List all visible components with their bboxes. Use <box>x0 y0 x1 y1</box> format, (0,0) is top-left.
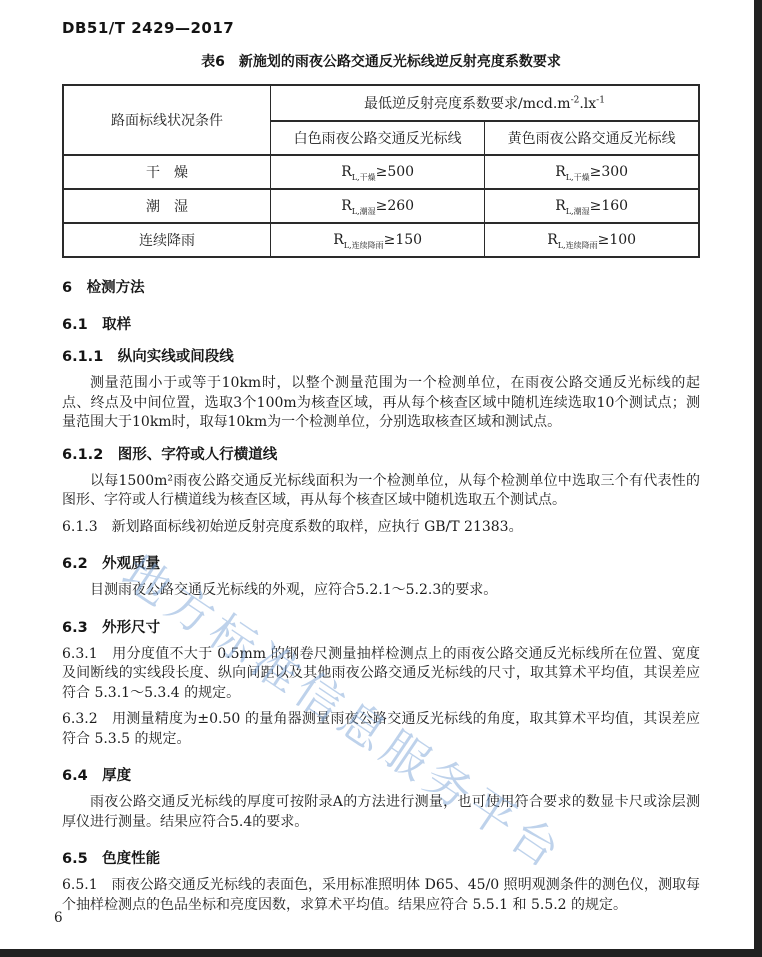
page-number: 6 <box>54 910 63 926</box>
table-row: 连续降雨RL,连续降雨≥150RL,连续降雨≥100 <box>63 223 699 257</box>
clause-paragraph: 6.5.1 雨夜公路交通反光标线的表面色，采用标准照明体 D65、45/0 照明… <box>62 876 700 915</box>
standard-number-header: DB51/T 2429—2017 <box>62 18 700 38</box>
unit-prefix: 最低逆反射亮度系数要求/mcd.m <box>364 96 571 112</box>
yellow-marking-column-header: 黄色雨夜公路交通反光标线 <box>485 121 699 155</box>
rl-subscript: L,潮湿 <box>566 207 590 216</box>
scan-edge-bottom <box>0 949 762 957</box>
table-corner-cell: 路面标线状况条件 <box>63 85 271 155</box>
scan-edge-right <box>754 0 762 957</box>
white-marking-column-header: 白色雨夜公路交通反光标线 <box>271 121 485 155</box>
rl-symbol: R <box>341 198 352 214</box>
corner-label: 路面标线状况条件 <box>111 113 223 129</box>
rl-value-cell: RL,干燥≥500 <box>271 155 485 189</box>
rl-subscript: L,潮湿 <box>352 207 376 216</box>
table-caption: 表6 新施划的雨夜公路交通反光标线逆反射亮度系数要求 <box>62 51 700 71</box>
table-header-row-1: 路面标线状况条件 最低逆反射亮度系数要求/mcd.m-2.lx-1 <box>63 85 699 121</box>
condition-cell: 连续降雨 <box>63 223 271 257</box>
rl-threshold: ≥100 <box>598 232 636 248</box>
rl-threshold: ≥500 <box>376 164 414 180</box>
rl-symbol: R <box>547 232 558 248</box>
page-content: DB51/T 2429—2017 表6 新施划的雨夜公路交通反光标线逆反射亮度系… <box>62 18 700 915</box>
rl-subscript: L,连续降雨 <box>558 241 598 250</box>
table-unit-header-cell: 最低逆反射亮度系数要求/mcd.m-2.lx-1 <box>271 85 700 121</box>
rl-subscript: L,连续降雨 <box>344 241 384 250</box>
unit-sup2: -1 <box>596 95 605 105</box>
rl-value-cell: RL,连续降雨≥150 <box>271 223 485 257</box>
clause-paragraph: 6.1.3 新划路面标线初始逆反射亮度系数的取样，应执行 GB/T 21383。 <box>62 518 700 538</box>
unit-mid: .lx <box>579 96 596 112</box>
rl-threshold: ≥150 <box>384 232 422 248</box>
subsection-heading: 6.1 取样 <box>62 315 700 335</box>
rl-value-cell: RL,潮湿≥260 <box>271 189 485 223</box>
clause-heading: 6.1.2 图形、字符或人行横道线 <box>62 445 700 465</box>
subsection-heading: 6.4 厚度 <box>62 766 700 786</box>
rl-subscript: L,干燥 <box>566 173 590 182</box>
paragraph: 以每1500m²雨夜公路交通反光标线面积为一个检测单位，从每个检测单位中选取三个… <box>62 472 700 511</box>
table-row: 潮 湿RL,潮湿≥260RL,潮湿≥160 <box>63 189 699 223</box>
paragraph: 雨夜公路交通反光标线的厚度可按附录A的方法进行测量，也可使用符合要求的数显卡尺或… <box>62 793 700 832</box>
clause-heading: 6.1.1 纵向实线或间段线 <box>62 347 700 367</box>
rl-symbol: R <box>333 232 344 248</box>
rl-value-cell: RL,干燥≥300 <box>485 155 699 189</box>
rl-threshold: ≥260 <box>376 198 414 214</box>
document-body: 6 检测方法6.1 取样6.1.1 纵向实线或间段线测量范围小于或等于10km时… <box>62 278 700 915</box>
clause-paragraph: 6.3.2 用测量精度为±0.50 的量角器测量雨夜公路交通反光标线的角度，取其… <box>62 710 700 749</box>
subsection-heading: 6.5 色度性能 <box>62 849 700 869</box>
condition-cell: 潮 湿 <box>63 189 271 223</box>
section-heading: 6 检测方法 <box>62 278 700 298</box>
retroreflection-spec-table: 路面标线状况条件 最低逆反射亮度系数要求/mcd.m-2.lx-1 白色雨夜公路… <box>62 84 700 258</box>
rl-threshold: ≥300 <box>590 164 628 180</box>
rl-threshold: ≥160 <box>590 198 628 214</box>
rl-symbol: R <box>555 198 566 214</box>
rl-value-cell: RL,连续降雨≥100 <box>485 223 699 257</box>
paragraph: 测量范围小于或等于10km时，以整个测量范围为一个检测单位，在雨夜公路交通反光标… <box>62 374 700 433</box>
rl-symbol: R <box>341 164 352 180</box>
condition-cell: 干 燥 <box>63 155 271 189</box>
rl-symbol: R <box>555 164 566 180</box>
subsection-heading: 6.2 外观质量 <box>62 554 700 574</box>
subsection-heading: 6.3 外形尺寸 <box>62 618 700 638</box>
table-row: 干 燥RL,干燥≥500RL,干燥≥300 <box>63 155 699 189</box>
clause-paragraph: 6.3.1 用分度值不大于 0.5mm 的钢卷尺测量抽样检测点上的雨夜公路交通反… <box>62 645 700 704</box>
paragraph: 目测雨夜公路交通反光标线的外观，应符合5.2.1～5.2.3的要求。 <box>62 581 700 601</box>
document-page: DB51/T 2429—2017 表6 新施划的雨夜公路交通反光标线逆反射亮度系… <box>0 0 762 957</box>
rl-value-cell: RL,潮湿≥160 <box>485 189 699 223</box>
rl-subscript: L,干燥 <box>352 173 376 182</box>
